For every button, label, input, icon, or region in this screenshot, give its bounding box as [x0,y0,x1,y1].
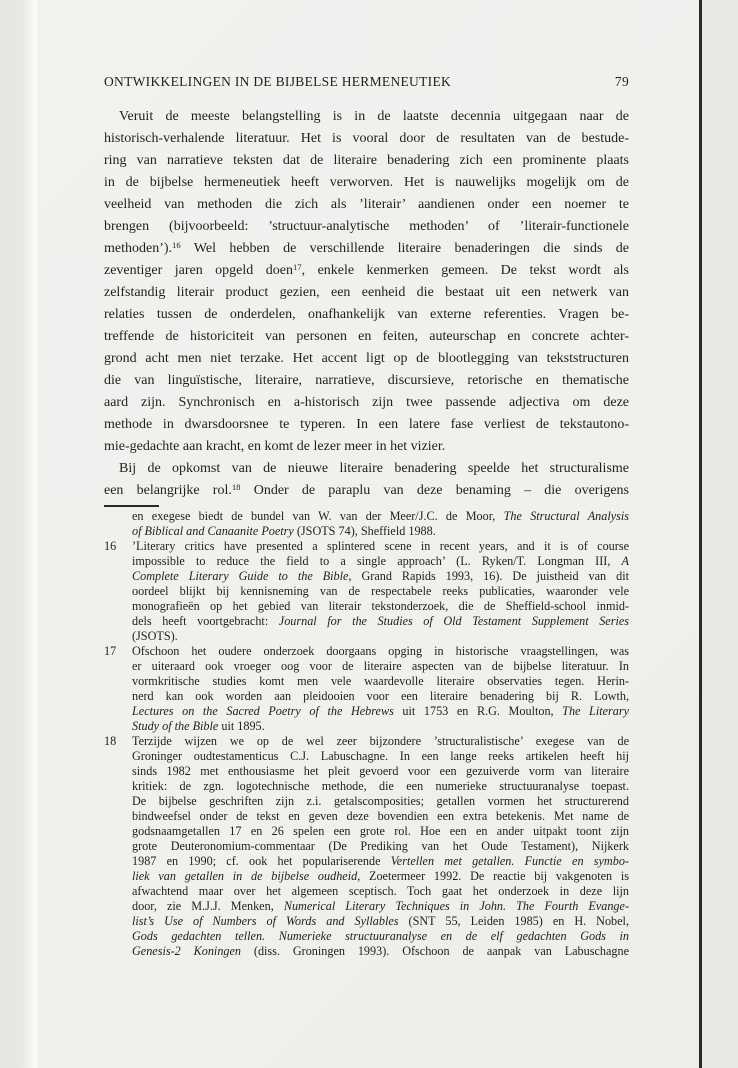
footnote-line: godsnaamgetallen 17 en 26 spelen een gro… [132,824,629,839]
footnote: en exegese biedt de bundel van W. van de… [104,509,629,539]
footnote-line: door, zie M.J.J. Menken, Numerical Liter… [132,899,629,914]
page-number: 79 [615,74,629,90]
footnote-line: er uiteraard ook vroeger oog voor de lit… [132,659,629,674]
footnote-line: 1987 en 1990; cf. ook het populariserend… [132,854,629,869]
running-header: ONTWIKKELINGEN IN DE BIJBELSE HERMENEUTI… [104,74,629,90]
body-line: ring van narratieve teksten dat de liter… [104,150,629,172]
footnote-line: vormkritische studies komt men vele waar… [132,674,629,689]
body-line: methoden’).16 Wel hebben de verschillend… [104,238,629,260]
footnote-line: of Biblical and Canaanite Poetry (JSOTS … [132,524,629,539]
scanned-book-page: ONTWIKKELINGEN IN DE BIJBELSE HERMENEUTI… [0,0,738,1068]
footnote-line: sinds 1982 met enthousiasme het pleit ge… [132,764,629,779]
footnote-text: Ofschoon het oudere onderzoek doorgaans … [132,644,629,734]
footnote-line: liek van getallen in de bijbelse oudheid… [132,869,629,884]
footnote-line: De bijbelse geschriften zijn z.i. getals… [132,794,629,809]
paragraph: Bij de opkomst van de nieuwe literaire b… [104,458,629,502]
running-header-title: ONTWIKKELINGEN IN DE BIJBELSE HERMENEUTI… [104,74,451,90]
footnote-line: list’s Use of Numbers of Words and Sylla… [132,914,629,929]
body-line: grond acht men niet terzake. Het accent … [104,348,629,370]
footnote-line: oordeel blijkt bij kennisneming van de r… [132,584,629,599]
footnote: 17Ofschoon het oudere onderzoek doorgaan… [104,644,629,734]
footnote-line: Groninger oudtestamenticus C.J. Labuscha… [132,749,629,764]
footnote-reference: 17 [293,262,302,272]
body-line: brengen (bijvoorbeeld: ’structuur-analyt… [104,216,629,238]
footnote-text: en exegese biedt de bundel van W. van de… [132,509,629,539]
body-line: mie-gedachte aan kracht, en komt de leze… [104,436,629,458]
footnote-line: impossible to reduce the field to a sing… [132,554,629,569]
body-line: zelfstandig literair product gezien, een… [104,282,629,304]
footnote-line: ’Literary critics have presented a splin… [132,539,629,554]
footnote: 16’Literary critics have presented a spl… [104,539,629,644]
footnote-reference: 18 [232,482,241,492]
body-line: zeventiger jaren opgeld doen17, enkele k… [104,260,629,282]
footnote-line: kritiek: de zgn. logotechnische methode,… [132,779,629,794]
footnote-line: Study of the Bible uit 1895. [132,719,629,734]
scan-left-edge-shadow [0,0,40,1068]
footnote-line: Ofschoon het oudere onderzoek doorgaans … [132,644,629,659]
footnote-line: monografieën op het gebied van literair … [132,599,629,614]
body-line: veelheid van methoden die zich als ’lite… [104,194,629,216]
footnote-line: (JSOTS). [132,629,629,644]
footnote-line: Genesis-2 Koningen (diss. Groningen 1993… [132,944,629,959]
body-line: Bij de opkomst van de nieuwe literaire b… [104,458,629,480]
footnote-line: en exegese biedt de bundel van W. van de… [132,509,629,524]
footnote-number: 16 [104,539,132,644]
paragraph: Veruit de meeste belangstelling is in de… [104,106,629,458]
footnote-line: Complete Literary Guide to the Bible, Gr… [132,569,629,584]
footnote-line: bindweefsel onder de tekst en geven deze… [132,809,629,824]
body-line: die van linguïstische, literaire, narrat… [104,370,629,392]
footnote-line: dels heeft voortgebracht: Journal for th… [132,614,629,629]
body-line: methode in dwarsdoorsnee te typeren. In … [104,414,629,436]
body-line: in de bijbelse hermeneutiek heeft verwor… [104,172,629,194]
footnote-number [104,509,132,539]
footnote: 18Terzijde wijzen we op de wel zeer bijz… [104,734,629,959]
body-line: aard zijn. Synchronisch en a-historisch … [104,392,629,414]
footnotes-block: en exegese biedt de bundel van W. van de… [104,509,629,959]
footnote-line: grote Deuteronomium-commentaar (De Predi… [132,839,629,854]
footnote-line: afwachtend maar over het algemeen scepti… [132,884,629,899]
footnote-line: Terzijde wijzen we op de wel zeer bijzon… [132,734,629,749]
body-line: Veruit de meeste belangstelling is in de… [104,106,629,128]
footnote-number: 17 [104,644,132,734]
body-line: relaties tussen de onderdelen, onafhanke… [104,304,629,326]
footnote-line: nerd kan ook worden aan pleidooien voor … [132,689,629,704]
footnote-number: 18 [104,734,132,959]
scan-right-margin [702,0,738,1068]
body-text: Veruit de meeste belangstelling is in de… [104,106,629,502]
footnote-separator-rule [104,505,159,507]
footnote-line: Gods gedachten tellen. Numerieke structu… [132,929,629,944]
body-line: treffende de historiciteit van personen … [104,326,629,348]
footnote-text: ’Literary critics have presented a splin… [132,539,629,644]
footnote-reference: 16 [172,240,181,250]
body-line: een belangrijke rol.18 Onder de paraplu … [104,480,629,502]
footnote-line: Lectures on the Sacred Poetry of the Heb… [132,704,629,719]
footnote-text: Terzijde wijzen we op de wel zeer bijzon… [132,734,629,959]
body-line: historisch-verhalende literatuur. Het is… [104,128,629,150]
